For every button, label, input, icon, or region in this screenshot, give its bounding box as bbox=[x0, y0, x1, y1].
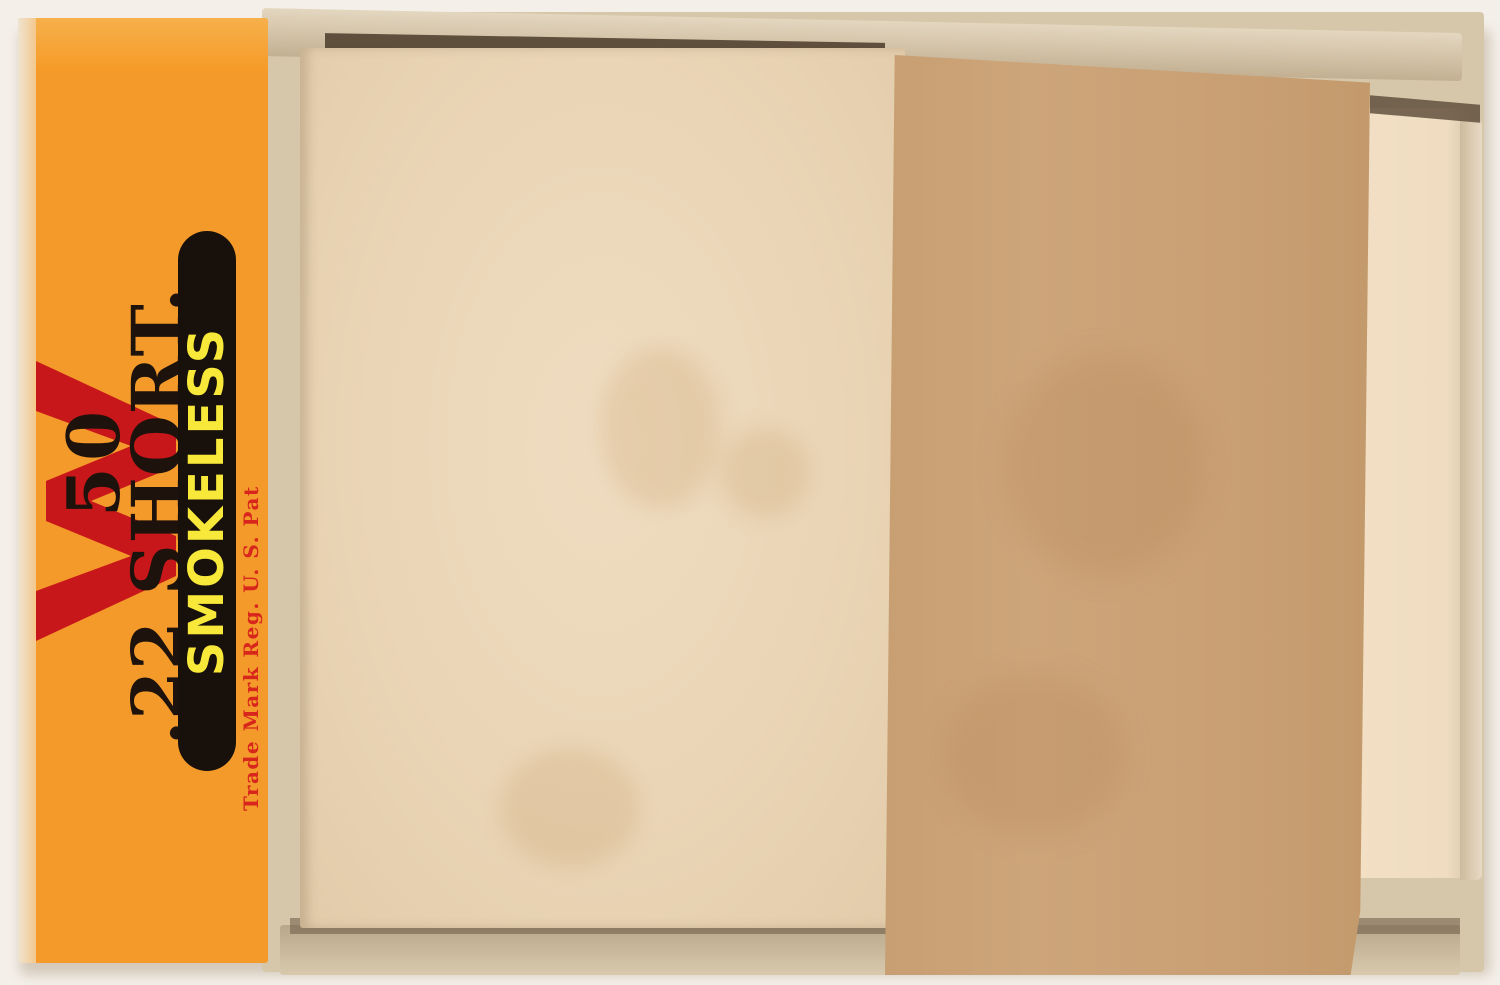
trademark-text: Trade Mark Reg. U. S. Pat Off. and throu… bbox=[238, 151, 268, 811]
smokeless-badge: SMOKELESS bbox=[178, 231, 236, 771]
end-label-content: 50 .22 SHORT. SMOKELESS Trade Mark Reg. … bbox=[28, 41, 258, 941]
box-side-panel bbox=[1355, 108, 1470, 878]
stain bbox=[720, 428, 810, 518]
stain bbox=[500, 748, 640, 868]
trademark-line-2: Off. and through't the world bbox=[264, 151, 268, 811]
band-mottle bbox=[1005, 355, 1205, 575]
end-label-panel: 50 .22 SHORT. SMOKELESS Trade Mark Reg. … bbox=[18, 18, 268, 963]
smokeless-text: SMOKELESS bbox=[179, 325, 235, 675]
box-lid-panel bbox=[300, 48, 905, 928]
kraft-paper-band bbox=[885, 55, 1370, 975]
box-right-edge bbox=[1460, 120, 1482, 880]
band-mottle bbox=[945, 675, 1125, 835]
trademark-line-1: Trade Mark Reg. U. S. Pat bbox=[238, 151, 264, 811]
stain bbox=[600, 348, 720, 508]
photo-scene: 50 .22 SHORT. SMOKELESS Trade Mark Reg. … bbox=[0, 0, 1500, 985]
